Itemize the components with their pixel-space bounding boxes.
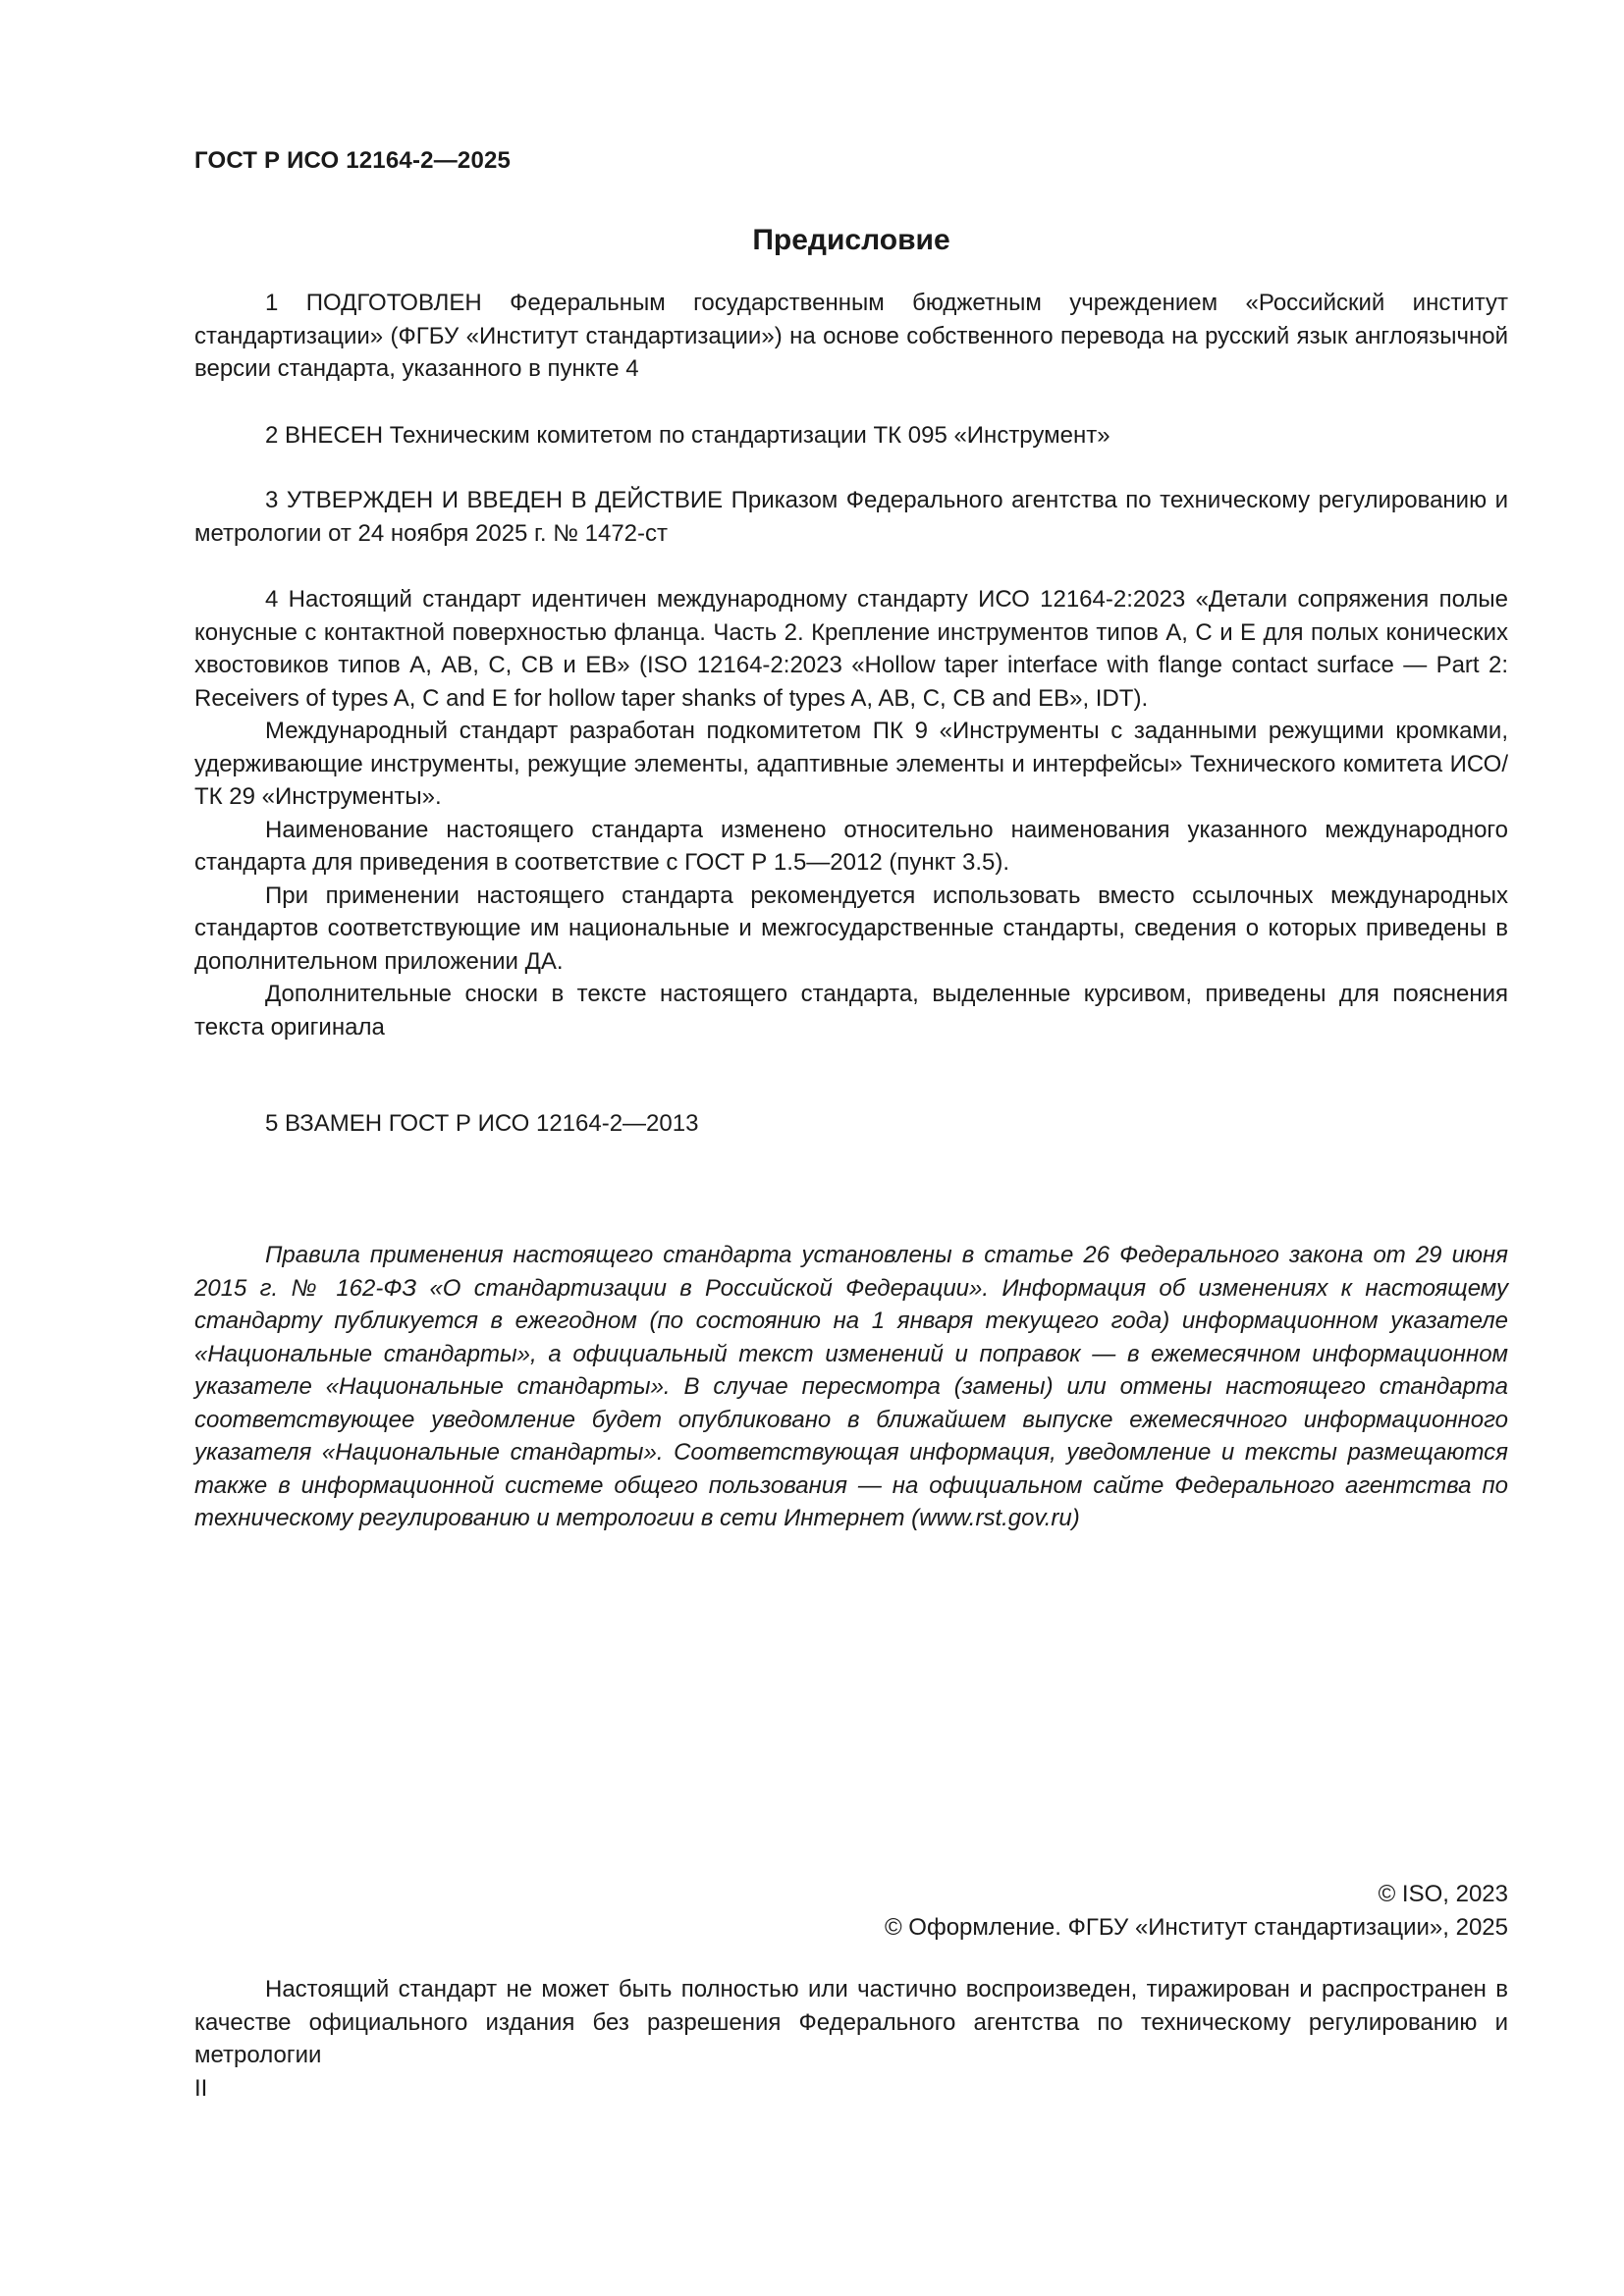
foreword-item-submitted: 2 ВНЕСЕН Техническим комитетом по станда… <box>194 419 1508 453</box>
paragraph: 2 ВНЕСЕН Техническим комитетом по станда… <box>194 419 1508 453</box>
foreword-item-identical: 4 Настоящий стандарт идентичен междунаро… <box>194 583 1508 1043</box>
reproduction-notice-text: Настоящий стандарт не может быть полност… <box>194 1973 1508 2072</box>
legal-notice-text: Правила применения настоящего стандарта … <box>194 1239 1508 1535</box>
paragraph: 5 ВЗАМЕН ГОСТ Р ИСО 12164-2—2013 <box>194 1107 1508 1141</box>
copyright-iso: © ISO, 2023 <box>194 1878 1508 1911</box>
paragraph: При применении настоящего стандарта реко… <box>194 880 1508 979</box>
paragraph: 3 УТВЕРЖДЕН И ВВЕДЕН В ДЕЙСТВИЕ Приказом… <box>194 484 1508 550</box>
legal-notice: Правила применения настоящего стандарта … <box>194 1239 1508 1535</box>
paragraph: 1 ПОДГОТОВЛЕН Федеральным государственны… <box>194 287 1508 386</box>
foreword-item-approved: 3 УТВЕРЖДЕН И ВВЕДЕН В ДЕЙСТВИЕ Приказом… <box>194 484 1508 550</box>
page-number: II <box>194 2075 207 2103</box>
page-title: Предисловие <box>194 224 1508 257</box>
paragraph: 4 Настоящий стандарт идентичен междунаро… <box>194 583 1508 715</box>
paragraph: Дополнительные сноски в тексте настоящег… <box>194 978 1508 1043</box>
copyright-block: © ISO, 2023 © Оформление. ФГБУ «Институт… <box>194 1878 1508 1944</box>
paragraph: Международный стандарт разработан подком… <box>194 715 1508 814</box>
reproduction-notice: Настоящий стандарт не может быть полност… <box>194 1973 1508 2072</box>
copyright-design: © Оформление. ФГБУ «Институт стандартиза… <box>194 1911 1508 1945</box>
foreword-item-prepared: 1 ПОДГОТОВЛЕН Федеральным государственны… <box>194 287 1508 386</box>
paragraph: Наименование настоящего стандарта измене… <box>194 814 1508 880</box>
foreword-item-replaces: 5 ВЗАМЕН ГОСТ Р ИСО 12164-2—2013 <box>194 1107 1508 1141</box>
document-code: ГОСТ Р ИСО 12164-2—2025 <box>194 147 511 175</box>
